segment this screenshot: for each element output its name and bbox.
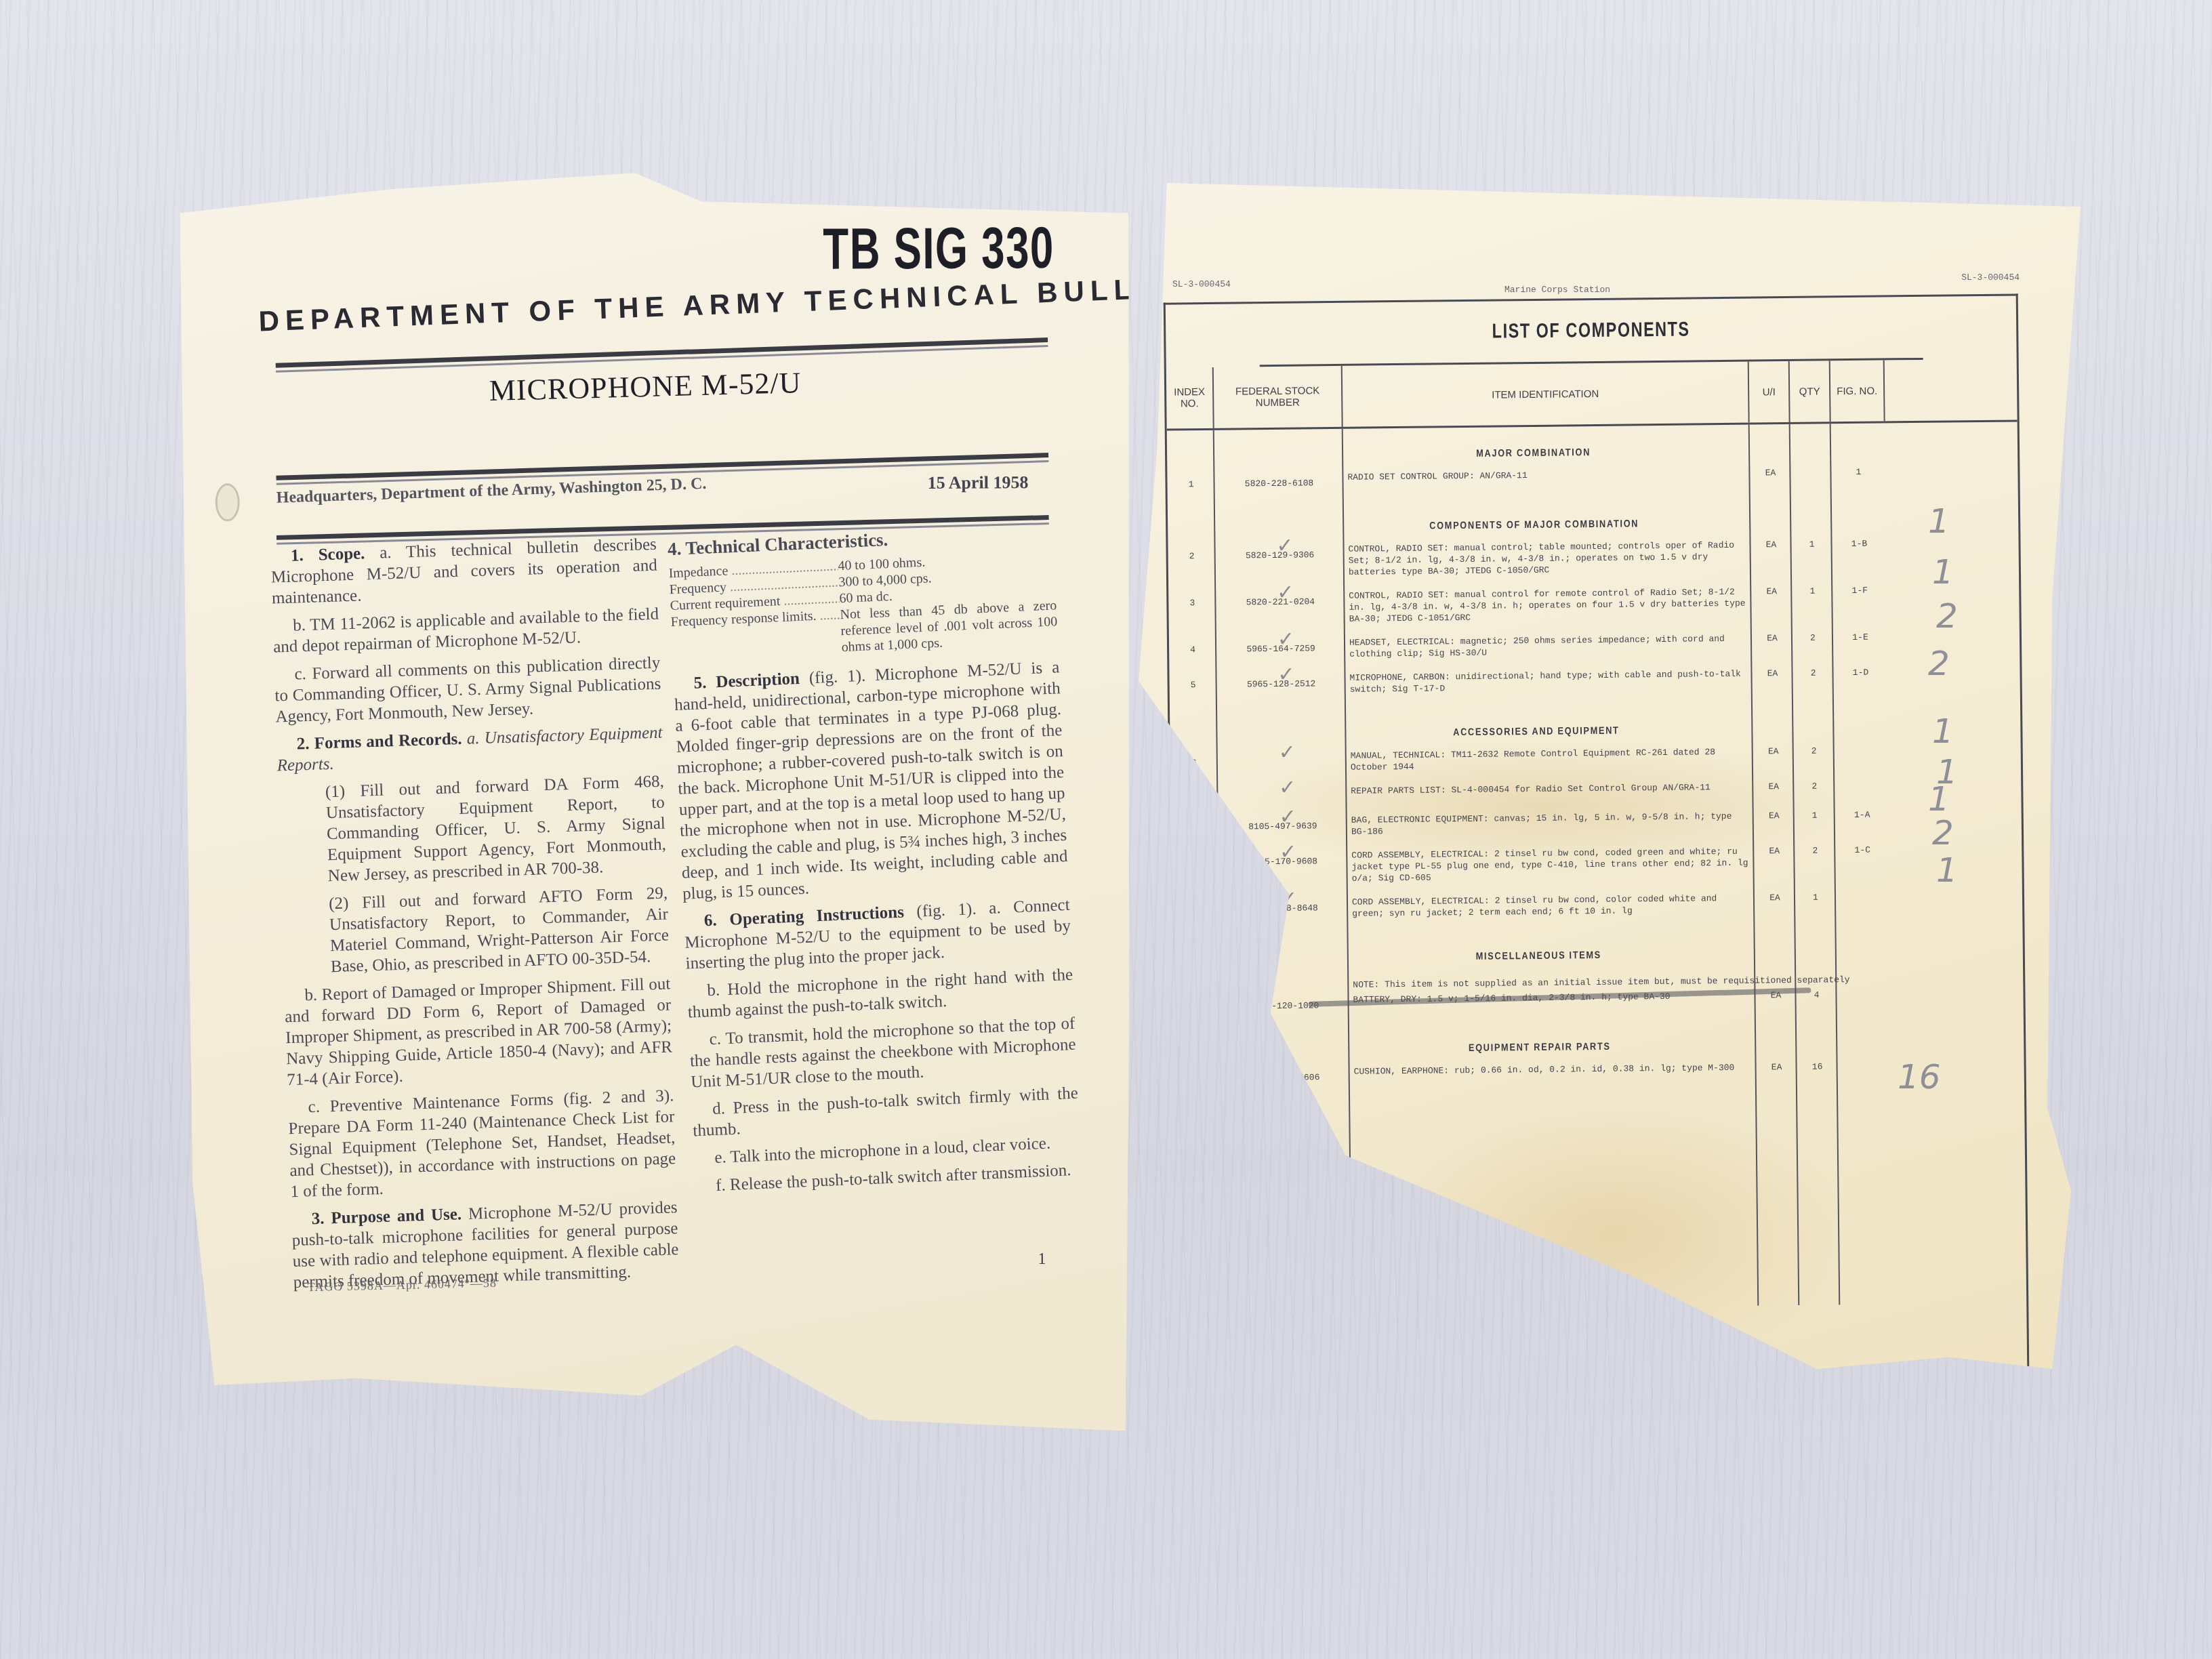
section-heading: 1. Scope. bbox=[291, 544, 365, 565]
figure-number: 1 bbox=[1831, 466, 1885, 484]
publication-date: 15 April 1958 bbox=[928, 472, 1029, 493]
unit-of-issue: EA bbox=[1752, 668, 1793, 691]
pencil-count: 16 bbox=[1898, 1057, 1941, 1097]
check-mark-icon: ✓ bbox=[1276, 540, 1293, 552]
unit-of-issue: EA bbox=[1754, 810, 1795, 834]
quantity: 2 bbox=[1793, 632, 1833, 655]
pencil-count: 1 bbox=[1932, 552, 1954, 592]
figure-number: 1-B bbox=[1832, 537, 1887, 573]
unit-of-issue: EA bbox=[1754, 845, 1795, 880]
unit-of-issue: EA bbox=[1751, 586, 1793, 621]
sheet-number-left: SL-3-000454 bbox=[1172, 279, 1231, 289]
item-identification: REPAIR PARTS LIST: SL-4-000454 for Radio… bbox=[1347, 781, 1753, 802]
quantity: 1 bbox=[1795, 891, 1836, 915]
quantity bbox=[1790, 466, 1831, 484]
check-mark-icon: ✓ bbox=[1277, 587, 1294, 598]
table-row: 96625-170-9608✓CORD ASSEMBLY, ELECTRICAL… bbox=[1171, 842, 2022, 886]
document-title: MICROPHONE M-52/U bbox=[489, 365, 802, 408]
column-header: QTY bbox=[1790, 361, 1831, 422]
paragraph-ops-d: d. Press in the push-to-talk switch firm… bbox=[692, 1083, 1080, 1142]
unit-of-issue: EA bbox=[1753, 745, 1794, 769]
column-header: INDEX NO. bbox=[1166, 367, 1214, 429]
pencil-count: 1 bbox=[1928, 501, 1950, 541]
unit-of-issue: EA bbox=[1755, 892, 1795, 916]
column-header: FEDERAL STOCK NUMBER bbox=[1214, 366, 1343, 428]
figure-number: 1-A bbox=[1835, 808, 1889, 832]
column-header: ITEM IDENTIFICATION bbox=[1343, 362, 1750, 427]
pencil-count: 1 bbox=[1932, 712, 1954, 751]
paragraph-forms-a2: (2) Fill out and forward AFTO Form 29, U… bbox=[281, 882, 670, 979]
paragraph-scope-c: c. Forward all comments on this publicat… bbox=[274, 653, 662, 728]
check-mark-icon: ✓ bbox=[1277, 634, 1294, 645]
check-mark-icon: ✓ bbox=[1279, 846, 1296, 858]
figure-number bbox=[1838, 1060, 1892, 1078]
department-heading: DEPARTMENT OF THE ARMY TECHNICAL BULLETI… bbox=[258, 270, 1227, 337]
quantity: 2 bbox=[1795, 844, 1836, 880]
check-mark-icon: ✓ bbox=[1279, 811, 1296, 823]
table-row: 7✓REPAIR PARTS LIST: SL-4-000454 for Rad… bbox=[1170, 778, 2021, 804]
paragraph-operating: 6. Operating Instructions (fig. 1). a. C… bbox=[683, 895, 1072, 975]
index-number: 2 bbox=[1168, 545, 1216, 580]
spec-value: Not less than 45 db above a zero referen… bbox=[840, 597, 1059, 655]
text-column-left: 1. Scope. a. This technical bulletin des… bbox=[270, 534, 680, 1300]
paragraph-forms-c: c. Preventive Maintenance Forms (fig. 2 … bbox=[287, 1085, 677, 1202]
paragraph-ops-c: c. To transmit, hold the microphone so t… bbox=[689, 1013, 1078, 1093]
item-identification: MANUAL, TECHNICAL: TM11-2632 Remote Cont… bbox=[1347, 746, 1753, 773]
column-header: FIG. NO. bbox=[1830, 361, 1885, 422]
table-row: 105995-258-8648✓CORD ASSEMBLY, ELECTRICA… bbox=[1172, 889, 2022, 921]
quantity: 2 bbox=[1794, 745, 1835, 769]
quantity: 1 bbox=[1791, 538, 1832, 573]
figure-number bbox=[1835, 779, 1889, 797]
table-title: LIST OF COMPONENTS bbox=[1259, 297, 1923, 367]
pencil-count: 1 bbox=[1936, 851, 1958, 890]
figure-number: 1-F bbox=[1832, 584, 1887, 619]
section-heading: 2. Forms and Records. bbox=[296, 730, 462, 754]
table-header-row: INDEX NO.FEDERAL STOCK NUMBERITEM IDENTI… bbox=[1166, 359, 2018, 430]
section-heading: 3. Purpose and Use. bbox=[311, 1205, 462, 1228]
unit-of-issue: EA bbox=[1750, 539, 1792, 574]
stock-number: 5820-228-6108 bbox=[1214, 472, 1343, 490]
figure-number bbox=[1836, 890, 1890, 914]
item-identification: CORD ASSEMBLY, ELECTRICAL: 2 tinsel ru b… bbox=[1348, 893, 1755, 920]
item-identification: CUSHION, EARPHONE: rub; 0.66 in. od, 0.2… bbox=[1350, 1062, 1757, 1083]
section-heading: MAJOR COMBINATION bbox=[1210, 425, 1706, 473]
divider bbox=[276, 337, 1048, 373]
paragraph-forms-b: b. Report of Damaged or Improper Shipmen… bbox=[284, 973, 674, 1090]
check-mark-icon: ✓ bbox=[1279, 782, 1296, 794]
sheet-number-right: SL-3-000454 bbox=[1961, 272, 2020, 283]
figure-number: 1-E bbox=[1833, 631, 1887, 655]
technical-specs-table: Impedance40 to 100 ohms.Frequency300 to … bbox=[668, 548, 1059, 663]
unit-of-issue: EA bbox=[1753, 781, 1794, 798]
item-identification: RADIO SET CONTROL GROUP: AN/GRA-11 bbox=[1343, 468, 1750, 489]
paragraph-forms-a1: (1) Fill out and forward DA Form 468, Un… bbox=[278, 771, 668, 888]
table-row: 116135-120-1020BATTERY, DRY: 1.5 v; 1-5/… bbox=[1172, 987, 2023, 1012]
item-identification: CONTROL, RADIO SET: manual control; tabl… bbox=[1344, 539, 1751, 578]
spec-label: Frequency response limits. bbox=[670, 607, 842, 663]
figure-number bbox=[1837, 988, 1891, 1006]
table-rows: MAJOR COMBINATION15820-228-6108RADIO SET… bbox=[1167, 422, 2024, 1097]
table-row: 45965-164-7259✓HEADSET, ELECTRICAL: magn… bbox=[1169, 630, 2020, 661]
item-identification: HEADSET, ELECTRICAL: magnetic; 250 ohms … bbox=[1345, 633, 1752, 660]
item-identification: MICROPHONE, CARBON: unidirectional; hand… bbox=[1345, 668, 1752, 695]
figure-number: 1-D bbox=[1833, 666, 1887, 690]
page-number: 1 bbox=[1038, 1250, 1046, 1269]
paragraph-description: 5. Description (fig. 1). Microphone M-52… bbox=[673, 657, 1069, 905]
figure-number bbox=[1835, 744, 1889, 768]
pencil-count: 2 bbox=[1936, 596, 1958, 636]
bulletin-code: TB SIG 330 bbox=[823, 215, 1054, 283]
quantity: 1 bbox=[1792, 585, 1833, 620]
paragraph-forms: 2. Forms and Records. a. Unsatisfactory … bbox=[276, 722, 663, 777]
column-header: U/I bbox=[1749, 361, 1790, 423]
unit-of-issue: EA bbox=[1752, 632, 1793, 656]
table-row: 55965-128-2512✓MICROPHONE, CARBON: unidi… bbox=[1169, 665, 2020, 697]
paragraph-scope: 1. Scope. a. This technical bulletin des… bbox=[270, 534, 659, 609]
sheet-stamp: Marine Corps Station bbox=[1504, 285, 1610, 295]
pencil-count: 2 bbox=[1928, 644, 1950, 683]
index-number: 4 bbox=[1169, 638, 1216, 662]
check-mark-icon: ✓ bbox=[1279, 747, 1296, 758]
paragraph-ops-b: b. Hold the microphone in the right hand… bbox=[687, 964, 1074, 1023]
quantity: 2 bbox=[1793, 667, 1833, 691]
quantity: 16 bbox=[1797, 1061, 1838, 1078]
item-identification: BAG, ELECTRONIC EQUIPMENT: canvas; 15 in… bbox=[1347, 811, 1754, 838]
table-row: 35820-221-0204✓CONTROL, RADIO SET: manua… bbox=[1168, 583, 2019, 626]
technical-bulletin-page: TB SIG 330 DEPARTMENT OF THE ARMY TECHNI… bbox=[180, 170, 1135, 1435]
unit-of-issue: EA bbox=[1750, 467, 1790, 485]
figure-number: 1-C bbox=[1835, 844, 1890, 879]
quantity: 2 bbox=[1794, 780, 1835, 798]
section-heading: 5. Description bbox=[693, 670, 800, 693]
index-number: 5 bbox=[1169, 674, 1216, 697]
section-heading: MISCELLANEOUS ITEMS bbox=[1216, 928, 1712, 976]
paragraph-scope-b: b. TM 11-2062 is applicable and availabl… bbox=[272, 604, 660, 658]
item-identification: CONTROL, RADIO SET: manual control for r… bbox=[1345, 586, 1752, 625]
index-number: 3 bbox=[1168, 592, 1216, 627]
table-row: 88105-497-9639✓BAG, ELECTRONIC EQUIPMENT… bbox=[1171, 807, 2022, 839]
index-number: 1 bbox=[1167, 473, 1214, 491]
unit-of-issue: EA bbox=[1757, 1061, 1797, 1079]
check-mark-icon: ✓ bbox=[1277, 669, 1294, 680]
item-identification: CORD ASSEMBLY, ELECTRICAL: 2 tinsel ru b… bbox=[1347, 846, 1755, 884]
punch-hole bbox=[216, 483, 240, 521]
pencil-count: 2 bbox=[1932, 813, 1954, 853]
quantity: 1 bbox=[1795, 809, 1835, 833]
text-column-right: 4. Technical Characteristics. Impedance4… bbox=[667, 519, 1082, 1204]
